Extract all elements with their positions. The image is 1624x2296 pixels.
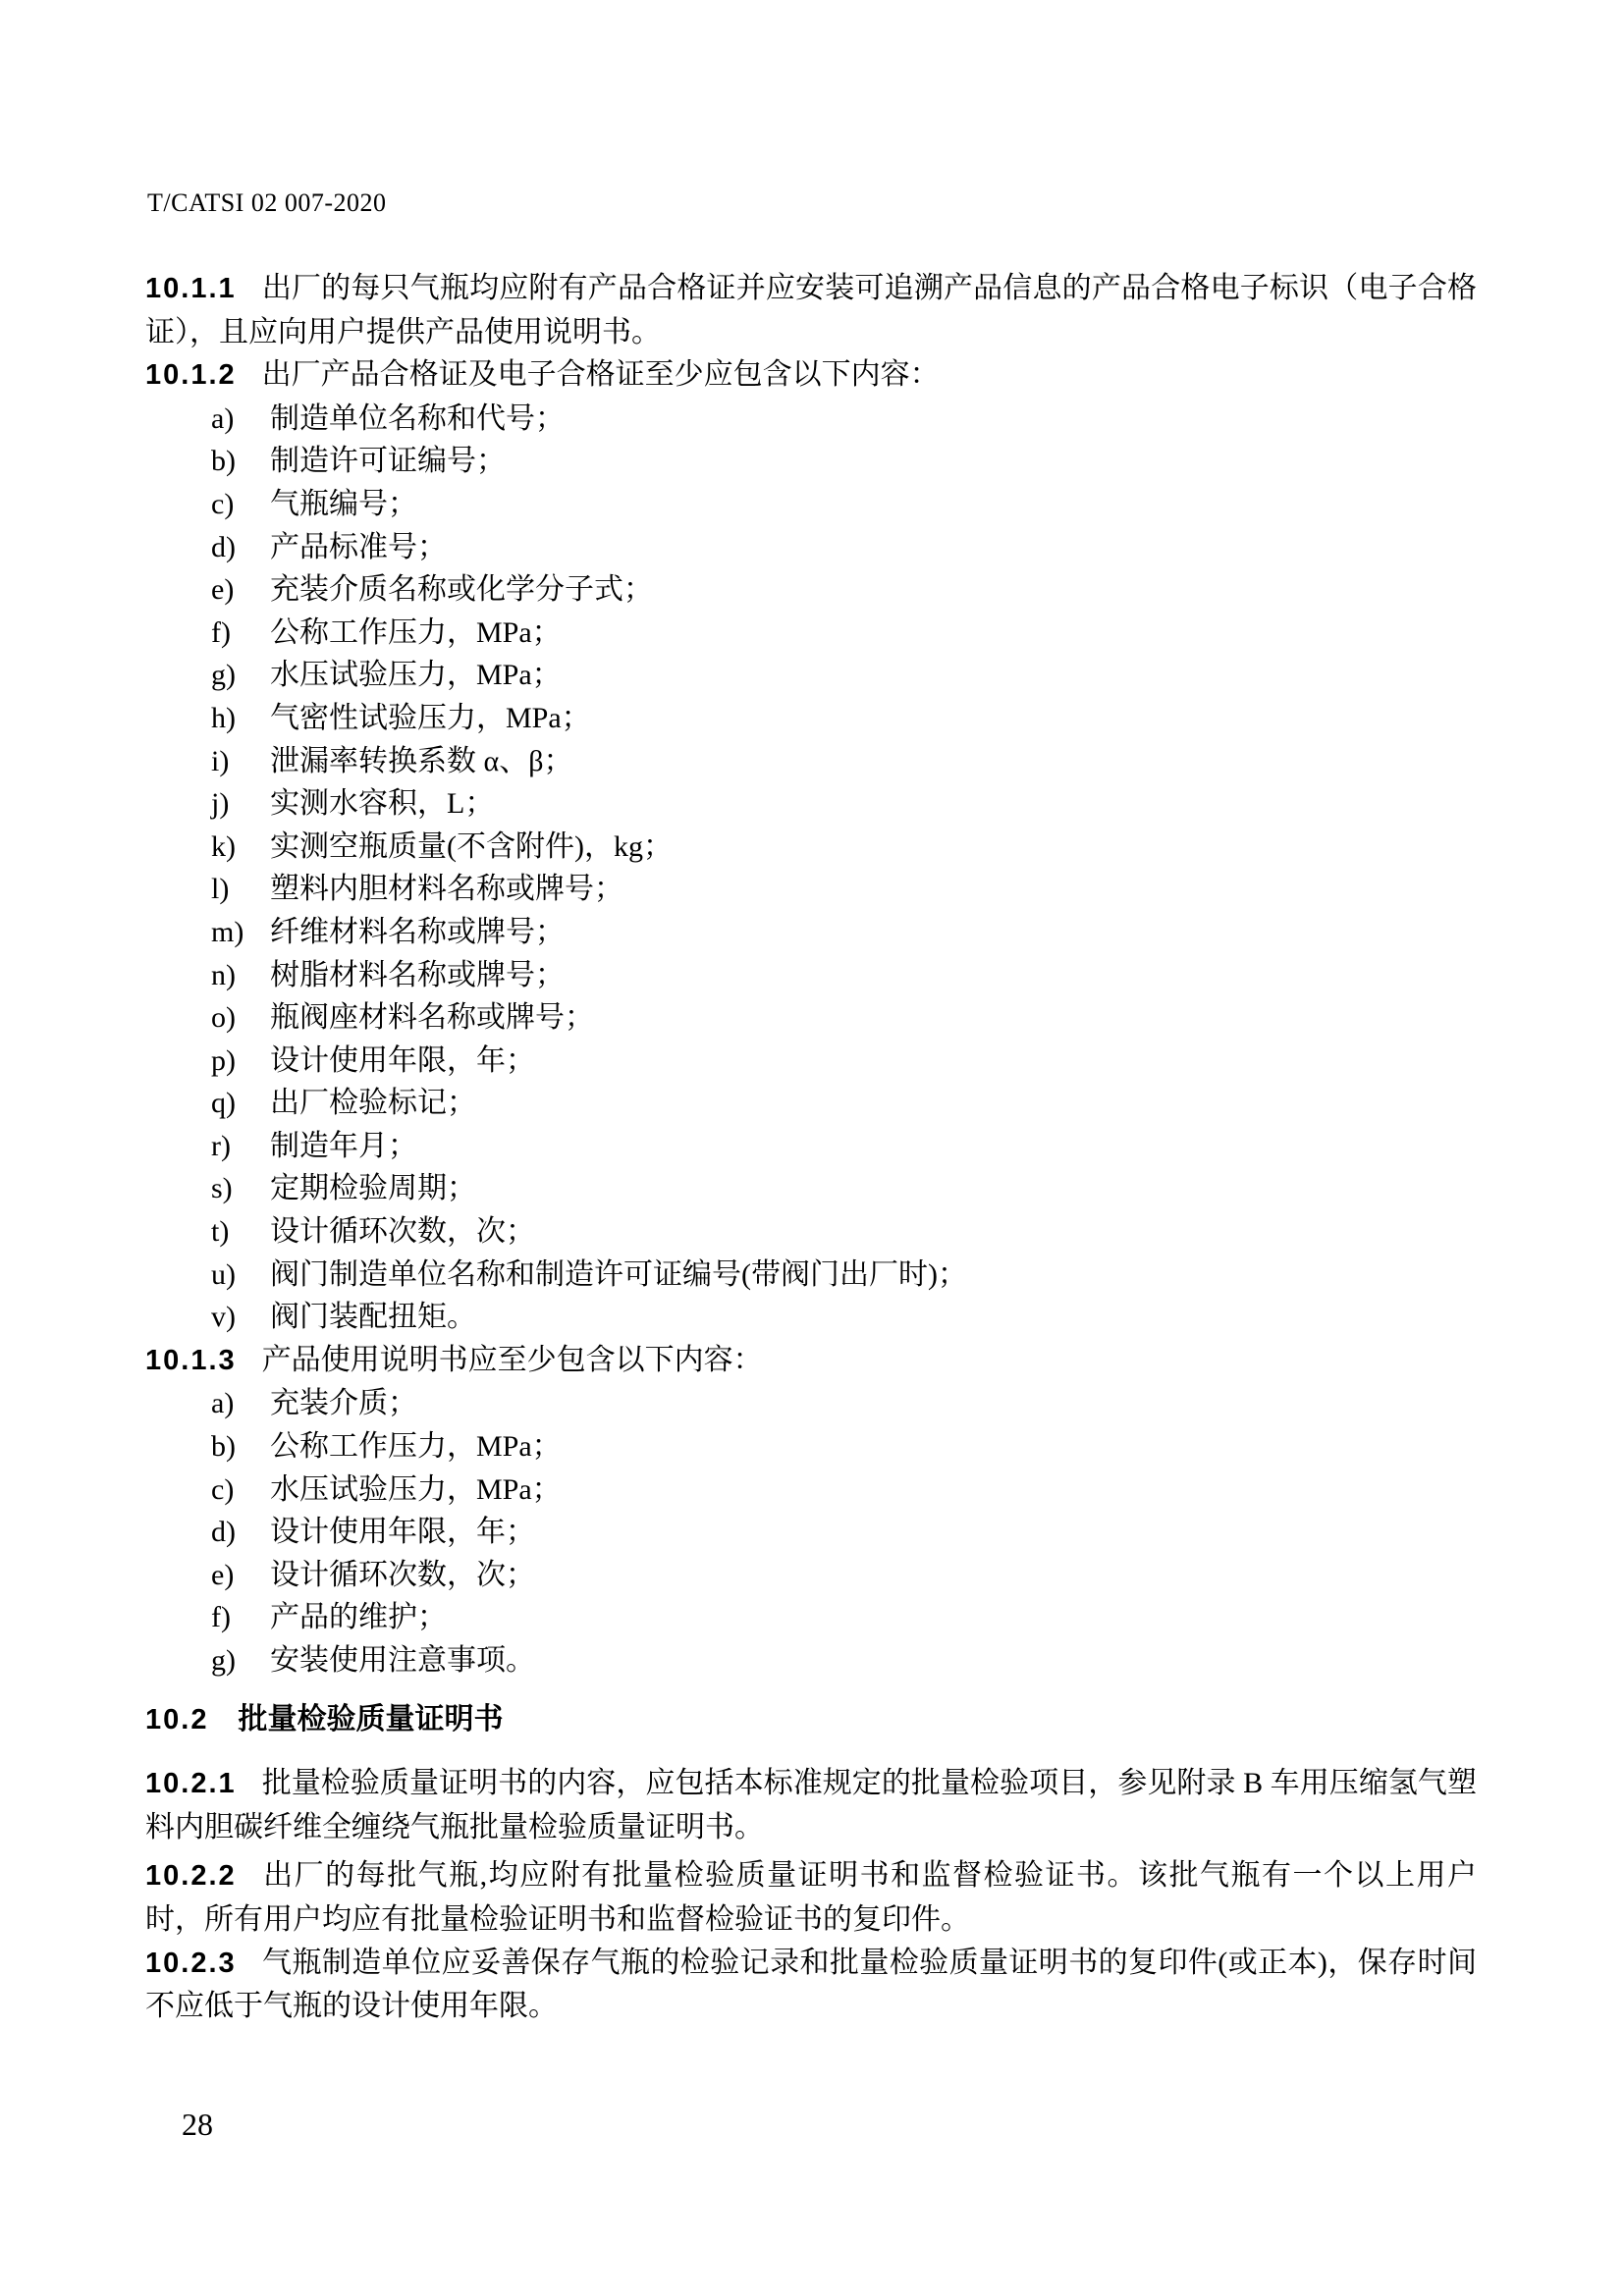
list-item-text: 实测水容积，L； <box>270 787 494 820</box>
list-item: g)安装使用注意事项。 <box>145 1639 1477 1682</box>
list-item: c)水压试验压力，MPa； <box>145 1468 1477 1512</box>
list-item-label: v) <box>211 1296 270 1339</box>
list-item-text: 产品标准号； <box>270 531 447 563</box>
clause-number: 10.1.3 <box>145 1345 237 1376</box>
list-item-label: e) <box>211 568 270 612</box>
list-item: b)制造许可证编号； <box>145 440 1477 483</box>
list-item-label: o) <box>211 996 270 1040</box>
list-item-label: t) <box>211 1210 270 1254</box>
list-item: u)阀门制造单位名称和制造许可证编号(带阀门出厂时)； <box>145 1254 1477 1297</box>
heading-10-2: 10.2批量检验质量证明书 <box>145 1698 1477 1742</box>
list-item-label: q) <box>211 1082 270 1125</box>
clause-10-2-3: 10.2.3气瓶制造单位应妥善保存气瓶的检验记录和批量检验质量证明书的复印件(或… <box>145 1942 1477 2028</box>
list-item-text: 水压试验压力，MPa； <box>270 659 562 691</box>
list-item: h)气密性试验压力，MPa； <box>145 697 1477 740</box>
list-item: f)产品的维护； <box>145 1596 1477 1639</box>
clause-number: 10.1.1 <box>145 273 237 304</box>
list-item-text: 气密性试验压力，MPa； <box>270 702 591 734</box>
list-item: a)充装介质； <box>145 1382 1477 1425</box>
list-10-1-2: a)制造单位名称和代号；b)制造许可证编号；c)气瓶编号；d)产品标准号；e)充… <box>145 398 1477 1339</box>
list-item: n)树脂材料名称或牌号； <box>145 954 1477 997</box>
list-item-text: 纤维材料名称或牌号； <box>270 916 565 948</box>
list-item-text: 设计循环次数，次； <box>270 1559 535 1591</box>
page-number: 28 <box>182 2105 213 2144</box>
list-item: k)实测空瓶质量(不含附件)，kg； <box>145 826 1477 869</box>
clause-text: 出厂的每只气瓶均应附有产品合格证并应安装可追溯产品信息的产品合格电子标识（电子合… <box>145 272 1477 348</box>
clause-text: 批量检验质量证明书的内容，应包括本标准规定的批量检验项目，参见附录 B 车用压缩… <box>145 1767 1477 1843</box>
list-item-text: 充装介质名称或化学分子式； <box>270 573 653 606</box>
list-item-text: 定期检验周期； <box>270 1172 476 1204</box>
heading-number: 10.2 <box>145 1704 208 1735</box>
list-item: j)实测水容积，L； <box>145 782 1477 826</box>
list-item: r)制造年月； <box>145 1125 1477 1168</box>
list-item: d)产品标准号； <box>145 526 1477 569</box>
list-item-text: 设计使用年限，年； <box>270 1516 535 1548</box>
clause-10-2-1: 10.2.1批量检验质量证明书的内容，应包括本标准规定的批量检验项目，参见附录 … <box>145 1762 1477 1848</box>
list-item-label: b) <box>211 440 270 483</box>
list-item-label: e) <box>211 1554 270 1597</box>
list-item: d)设计使用年限，年； <box>145 1511 1477 1554</box>
document-page: T/CATSI 02 007-2020 10.1.1出厂的每只气瓶均应附有产品合… <box>0 0 1624 2296</box>
list-item-text: 阀门制造单位名称和制造许可证编号(带阀门出厂时)； <box>270 1258 967 1291</box>
list-item-label: f) <box>211 1596 270 1639</box>
clause-10-1-1: 10.1.1出厂的每只气瓶均应附有产品合格证并应安装可追溯产品信息的产品合格电子… <box>145 267 1477 353</box>
list-item-text: 出厂检验标记； <box>270 1087 476 1119</box>
list-item: b)公称工作压力，MPa； <box>145 1425 1477 1468</box>
list-item: f)公称工作压力，MPa； <box>145 612 1477 655</box>
list-item-text: 设计使用年限，年； <box>270 1044 535 1077</box>
document-header: T/CATSI 02 007-2020 <box>147 188 387 218</box>
list-item: c)气瓶编号； <box>145 483 1477 526</box>
document-body: 10.1.1出厂的每只气瓶均应附有产品合格证并应安装可追溯产品信息的产品合格电子… <box>145 267 1477 2028</box>
list-item-text: 充装介质； <box>270 1387 417 1419</box>
list-item-text: 气瓶编号； <box>270 488 417 520</box>
clause-10-1-3: 10.1.3产品使用说明书应至少包含以下内容： <box>145 1339 1477 1383</box>
list-item-label: a) <box>211 398 270 441</box>
list-item-label: m) <box>211 911 270 954</box>
clause-number: 10.2.2 <box>145 1860 237 1892</box>
list-10-1-3: a)充装介质；b)公称工作压力，MPa；c)水压试验压力，MPa；d)设计使用年… <box>145 1382 1477 1682</box>
list-item-label: l) <box>211 868 270 911</box>
list-item: t)设计循环次数，次； <box>145 1210 1477 1254</box>
list-item-text: 水压试验压力，MPa； <box>270 1473 562 1506</box>
clause-10-2-2: 10.2.2出厂的每批气瓶,均应附有批量检验质量证明书和监督检验证书。该批气瓶有… <box>145 1854 1477 1941</box>
clause-number: 10.1.2 <box>145 359 237 391</box>
heading-text: 批量检验质量证明书 <box>238 1703 503 1735</box>
list-item-label: f) <box>211 612 270 655</box>
list-item-text: 塑料内胆材料名称或牌号； <box>270 873 623 905</box>
list-item-label: k) <box>211 826 270 869</box>
list-item-text: 制造单位名称和代号； <box>270 402 565 435</box>
list-item-label: h) <box>211 697 270 740</box>
list-item-text: 泄漏率转换系数 α、β； <box>270 745 572 777</box>
list-item-text: 阀门装配扭矩。 <box>270 1301 476 1333</box>
list-item-text: 设计循环次数，次； <box>270 1215 535 1248</box>
list-item-text: 公称工作压力，MPa； <box>270 616 562 649</box>
list-item-label: g) <box>211 1639 270 1682</box>
list-item: o)瓶阀座材料名称或牌号； <box>145 996 1477 1040</box>
list-item-text: 产品的维护； <box>270 1601 447 1633</box>
clause-text: 气瓶制造单位应妥善保存气瓶的检验记录和批量检验质量证明书的复印件(或正本)，保存… <box>145 1947 1477 2023</box>
list-item-label: p) <box>211 1040 270 1083</box>
list-item-label: d) <box>211 1511 270 1554</box>
clause-number: 10.2.1 <box>145 1768 237 1799</box>
list-item: i)泄漏率转换系数 α、β； <box>145 740 1477 783</box>
list-item-text: 实测空瓶质量(不含附件)，kg； <box>270 830 673 863</box>
list-item-label: u) <box>211 1254 270 1297</box>
list-item-label: j) <box>211 782 270 826</box>
list-item-text: 树脂材料名称或牌号； <box>270 959 565 991</box>
list-item-label: c) <box>211 1468 270 1512</box>
list-item-label: c) <box>211 483 270 526</box>
clause-text: 出厂产品合格证及电子合格证至少应包含以下内容： <box>262 358 940 391</box>
list-item: q)出厂检验标记； <box>145 1082 1477 1125</box>
list-item: e)充装介质名称或化学分子式； <box>145 568 1477 612</box>
list-item-text: 安装使用注意事项。 <box>270 1644 535 1677</box>
list-item-text: 公称工作压力，MPa； <box>270 1430 562 1463</box>
list-item-label: a) <box>211 1382 270 1425</box>
list-item: p)设计使用年限，年； <box>145 1040 1477 1083</box>
list-item-label: s) <box>211 1167 270 1210</box>
list-item: l)塑料内胆材料名称或牌号； <box>145 868 1477 911</box>
clause-text: 产品使用说明书应至少包含以下内容： <box>262 1344 763 1376</box>
list-item: e)设计循环次数，次； <box>145 1554 1477 1597</box>
clause-number: 10.2.3 <box>145 1948 237 1979</box>
list-item-text: 瓶阀座材料名称或牌号； <box>270 1001 594 1034</box>
list-item: a)制造单位名称和代号； <box>145 398 1477 441</box>
list-item-label: r) <box>211 1125 270 1168</box>
list-item-text: 制造许可证编号； <box>270 445 506 477</box>
list-item-text: 制造年月； <box>270 1130 417 1162</box>
list-item: s)定期检验周期； <box>145 1167 1477 1210</box>
list-item-label: g) <box>211 654 270 697</box>
list-item: v)阀门装配扭矩。 <box>145 1296 1477 1339</box>
list-item-label: b) <box>211 1425 270 1468</box>
list-item-label: i) <box>211 740 270 783</box>
list-item-label: d) <box>211 526 270 569</box>
clause-10-1-2: 10.1.2出厂产品合格证及电子合格证至少应包含以下内容： <box>145 353 1477 398</box>
clause-text: 出厂的每批气瓶,均应附有批量检验质量证明书和监督检验证书。该批气瓶有一个以上用户… <box>145 1859 1477 1936</box>
list-item: m)纤维材料名称或牌号； <box>145 911 1477 954</box>
list-item: g)水压试验压力，MPa； <box>145 654 1477 697</box>
list-item-label: n) <box>211 954 270 997</box>
